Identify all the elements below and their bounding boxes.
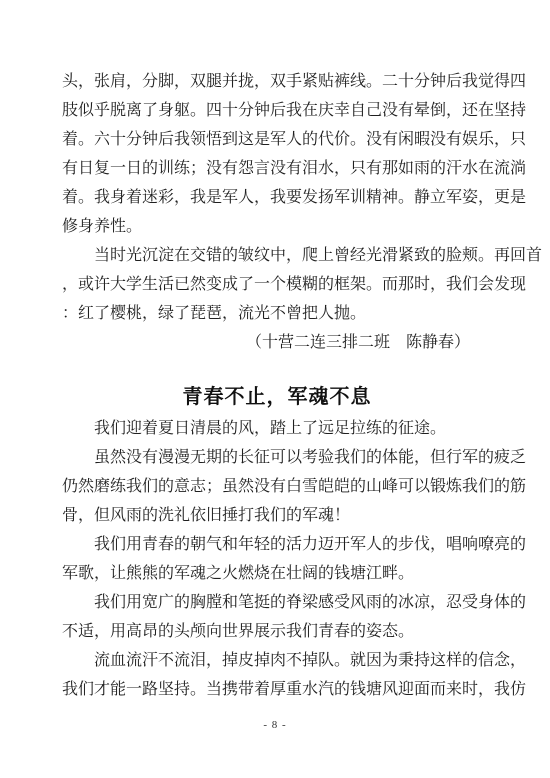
text-line: 肢似乎脱离了身躯。四十分钟后我在庆幸自己没有晕倒，还在坚持: [62, 96, 492, 125]
page-text-block: 头，张肩，分脚，双腿并拢，双手紧贴裤线。二十分钟后我觉得四 肢似乎脱离了身躯。四…: [62, 67, 492, 704]
text-line: 不适，用高昂的头颅向世界展示我们青春的姿态。: [62, 617, 492, 646]
page-number: - 8 -: [0, 718, 550, 732]
text-line: 我们用青春的朝气和年轻的活力迈开军人的步伐，唱响嘹亮的: [62, 530, 492, 559]
text-line: 当时光沉淀在交错的皱纹中，爬上曾经光滑紧致的脸颊。再回首: [62, 241, 492, 270]
text-line: 骨，但风雨的洗礼依旧捶打我们的军魂！: [62, 501, 492, 530]
essay-body: 我们迎着夏日清晨的风，踏上了远足拉练的征途。 虽然没有漫漫无期的长征可以考验我们…: [62, 414, 492, 704]
essay-title: 青春不止，军魂不息: [62, 381, 492, 414]
text-line: 流血流汗不流泪，掉皮掉肉不掉队。就因为秉持这样的信念，: [62, 646, 492, 675]
text-line: 有日复一日的训练；没有怨言没有泪水，只有那如雨的汗水在流淌: [62, 154, 492, 183]
text-line: ，或许大学生活已然变成了一个模糊的框架。而那时，我们会发现: [62, 270, 492, 299]
paragraph-continuation: 头，张肩，分脚，双腿并拢，双手紧贴裤线。二十分钟后我觉得四 肢似乎脱离了身躯。四…: [62, 67, 492, 241]
text-line: 头，张肩，分脚，双腿并拢，双手紧贴裤线。二十分钟后我觉得四: [62, 67, 492, 96]
text-line: 我们用宽广的胸膛和笔挺的脊梁感受风雨的冰凉，忍受身体的: [62, 588, 492, 617]
text-line: 军歌，让熊熊的军魂之火燃烧在壮阔的钱塘江畔。: [62, 559, 492, 588]
text-line: 我们迎着夏日清晨的风，踏上了远足拉练的征途。: [62, 414, 492, 443]
author-attribution: （十营二连三排二班 陈静春）: [62, 328, 492, 357]
text-line: 仍然磨练我们的意志；虽然没有白雪皑皑的山峰可以锻炼我们的筋: [62, 472, 492, 501]
text-line: 修身养性。: [62, 212, 492, 241]
text-line: 我们才能一路坚持。当携带着厚重水汽的钱塘风迎面而来时，我仿: [62, 675, 492, 704]
document-page: 头，张肩，分脚，双腿并拢，双手紧贴裤线。二十分钟后我觉得四 肢似乎脱离了身躯。四…: [0, 0, 550, 778]
paragraph-reflection: 当时光沉淀在交错的皱纹中，爬上曾经光滑紧致的脸颊。再回首 ，或许大学生活已然变成…: [62, 241, 492, 328]
text-line: 着。我身着迷彩，我是军人，我要发扬军训精神。静立军姿，更是: [62, 183, 492, 212]
text-line: 着。六十分钟后我领悟到这是军人的代价。没有闲暇没有娱乐，只: [62, 125, 492, 154]
text-line: ：红了樱桃，绿了琵琶，流光不曾把人抛。: [62, 299, 492, 328]
text-line: 虽然没有漫漫无期的长征可以考验我们的体能，但行军的疲乏: [62, 443, 492, 472]
